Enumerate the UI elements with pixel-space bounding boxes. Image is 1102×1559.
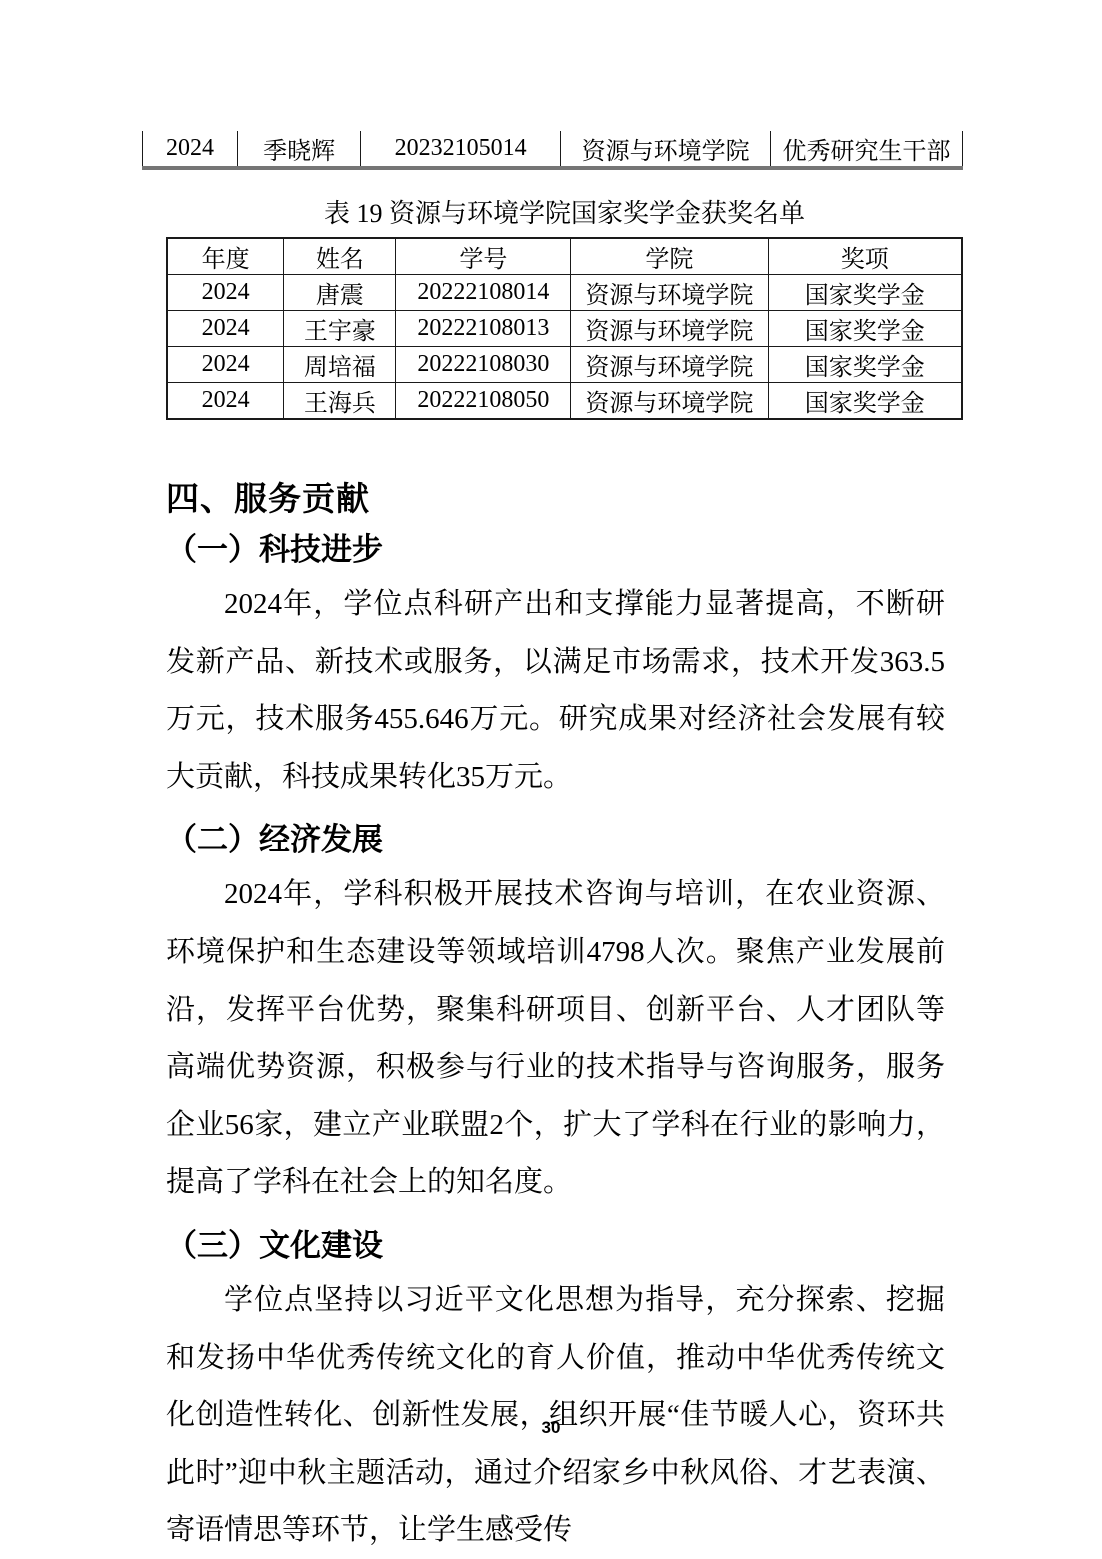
- table-row: 2024 王海兵 20222108050 资源与环境学院 国家奖学金: [167, 383, 962, 420]
- section-heading: 四、服务贡献: [166, 482, 963, 516]
- cell-student-id: 20222108014: [396, 275, 571, 311]
- cell-name: 季晓辉: [238, 131, 361, 168]
- cell-name: 唐震: [284, 275, 396, 311]
- continued-award-table: 2024 季晓辉 20232105014 资源与环境学院 优秀研究生干部: [142, 131, 963, 170]
- cell-award: 国家奖学金: [768, 383, 962, 420]
- cell-year: 2024: [167, 275, 284, 311]
- cell-year: 2024: [167, 383, 284, 420]
- cell-college: 资源与环境学院: [561, 131, 771, 168]
- cell-college: 资源与环境学院: [571, 347, 768, 383]
- national-scholarship-table: 年度 姓名 学号 学院 奖项 2024 唐震 20222108014 资源与环境…: [166, 237, 963, 420]
- cell-year: 2024: [143, 131, 238, 168]
- cell-student-id: 20222108013: [396, 311, 571, 347]
- header-college: 学院: [571, 238, 768, 275]
- paragraph-economic-development: 2024年，学科积极开展技术咨询与培训，在农业资源、环境保护和生态建设等领域培训…: [166, 866, 945, 1212]
- cell-student-id: 20222108030: [396, 347, 571, 383]
- cell-award: 国家奖学金: [768, 347, 962, 383]
- cell-year: 2024: [167, 347, 284, 383]
- cell-award: 优秀研究生干部: [771, 131, 963, 168]
- cell-student-id: 20222108050: [396, 383, 571, 420]
- page-content: 2024 季晓辉 20232105014 资源与环境学院 优秀研究生干部 表 1…: [0, 131, 1102, 1559]
- subsection-heading-2: （二）经济发展: [166, 820, 963, 860]
- table-row: 2024 季晓辉 20232105014 资源与环境学院 优秀研究生干部: [143, 131, 963, 168]
- header-student-id: 学号: [396, 238, 571, 275]
- cell-name: 周培福: [284, 347, 396, 383]
- table-caption: 表 19 资源与环境学院国家奖学金获奖名单: [166, 197, 963, 231]
- cell-college: 资源与环境学院: [571, 311, 768, 347]
- paragraph-culture-building: 学位点坚持以习近平文化思想为指导，充分探索、挖掘和发扬中华优秀传统文化的育人价值…: [166, 1272, 945, 1559]
- cell-college: 资源与环境学院: [571, 275, 768, 311]
- paragraph-science-progress: 2024年，学位点科研产出和支撑能力显著提高，不断研发新产品、新技术或服务，以满…: [166, 576, 945, 806]
- subsection-heading-3: （三）文化建设: [166, 1226, 963, 1266]
- table-row: 2024 王宇豪 20222108013 资源与环境学院 国家奖学金: [167, 311, 962, 347]
- cell-name: 王宇豪: [284, 311, 396, 347]
- header-name: 姓名: [284, 238, 396, 275]
- page-number: 30: [0, 1417, 1102, 1439]
- table-row: 2024 周培福 20222108030 资源与环境学院 国家奖学金: [167, 347, 962, 383]
- header-award: 奖项: [768, 238, 962, 275]
- cell-award: 国家奖学金: [768, 275, 962, 311]
- document-page: 2024 季晓辉 20232105014 资源与环境学院 优秀研究生干部 表 1…: [0, 0, 1102, 1559]
- table-row: 2024 唐震 20222108014 资源与环境学院 国家奖学金: [167, 275, 962, 311]
- cell-award: 国家奖学金: [768, 311, 962, 347]
- table-header-row: 年度 姓名 学号 学院 奖项: [167, 238, 962, 275]
- cell-name: 王海兵: [284, 383, 396, 420]
- header-year: 年度: [167, 238, 284, 275]
- cell-student-id: 20232105014: [361, 131, 561, 168]
- cell-year: 2024: [167, 311, 284, 347]
- cell-college: 资源与环境学院: [571, 383, 768, 420]
- subsection-heading-1: （一）科技进步: [166, 530, 963, 570]
